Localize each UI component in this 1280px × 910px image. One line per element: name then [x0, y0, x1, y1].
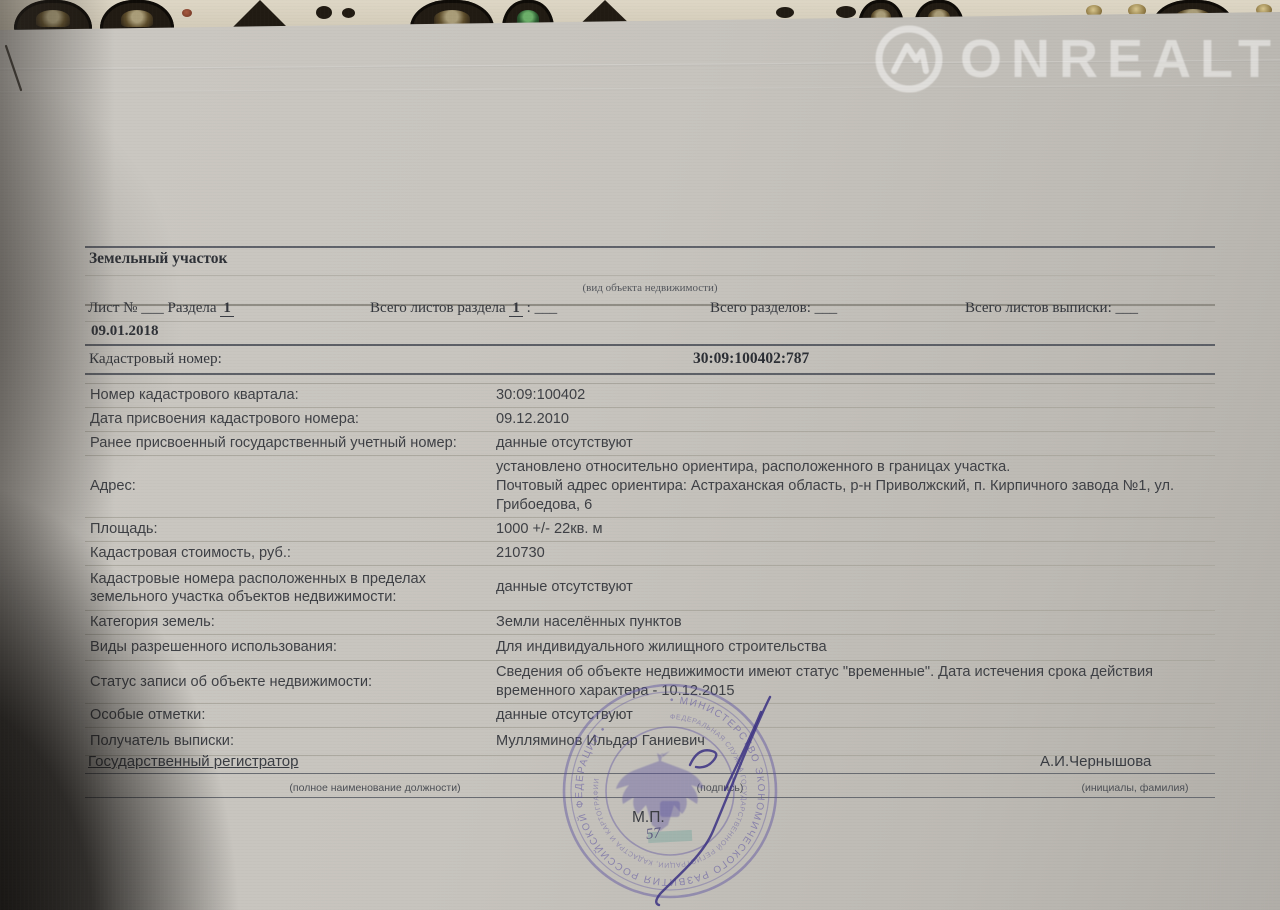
background-object — [182, 9, 192, 17]
date-row: 09.01.2018 — [85, 322, 1215, 346]
pen-mark — [0, 38, 40, 108]
row-value: 1000 +/- 22кв. м — [488, 518, 1215, 541]
table-row: Кадастровая стоимость, руб.: 210730 — [85, 542, 1215, 566]
row-value: данные отсутствуют — [488, 576, 1215, 599]
handwritten-number: 57 — [645, 825, 662, 844]
row-value: данные отсутствуют — [488, 432, 1215, 455]
row-label: Адрес: — [85, 475, 488, 497]
background-object — [342, 8, 355, 18]
object-kind-value: Земельный участок — [85, 248, 1215, 276]
official-round-stamp: • МИНИСТЕРСТВО ЭКОНОМИЧЕСКОГО РАЗВИТИЯ Р… — [552, 673, 788, 909]
row-label: Виды разрешенного использования: — [85, 636, 488, 658]
table-row: Адрес: установлено относительно ориентир… — [85, 456, 1215, 518]
row-value: Земли населённых пунктов — [488, 611, 1215, 634]
row-label: Ранее присвоенный государственный учетны… — [85, 432, 488, 454]
caption-initials: (инициалы, фамилия) — [985, 782, 1280, 794]
registrar-title: Государственный регистратор — [88, 753, 298, 770]
row-label: Особые отметки: — [85, 704, 488, 726]
photographed-document: ONREALT нование Федеральной служб Управл… — [0, 0, 1280, 910]
table-row: Площадь: 1000 +/- 22кв. м — [85, 518, 1215, 542]
table-row: Ранее присвоенный государственный учетны… — [85, 432, 1215, 456]
sheet-counters-row: Лист № ___ Раздела 1 Всего листов раздел… — [85, 300, 1215, 322]
background-object — [836, 6, 856, 18]
background-object — [100, 0, 174, 32]
table-row: Категория земель: Земли населённых пункт… — [85, 611, 1215, 635]
onrealt-brand-text: ONREALT — [960, 28, 1280, 90]
row-label: Получатель выписки: — [85, 730, 488, 752]
cadastral-number-label: Кадастровый номер: — [89, 350, 222, 368]
house-circle-icon — [874, 24, 944, 94]
table-row: Кадастровые номера расположенных в преде… — [85, 566, 1215, 611]
background-object — [14, 0, 92, 32]
table-row: Дата присвоения кадастрового номера: 09.… — [85, 408, 1215, 432]
registrar-name: А.И.Чернышова — [1040, 753, 1151, 770]
row-value: установлено относительно ориентира, расп… — [488, 456, 1215, 517]
cadastral-number-value: 30:09:100402:787 — [693, 350, 809, 368]
row-value: 210730 — [488, 542, 1215, 565]
cadastral-number-row: Кадастровый номер: 30:09:100402:787 — [85, 347, 1215, 375]
total-section-sheets: Всего листов раздела 1 : ___ — [370, 300, 557, 317]
sheet-number: Лист № ___ Раздела 1 — [88, 300, 234, 317]
row-label: Статус записи об объекте недвижимости: — [85, 671, 488, 693]
row-label: Площадь: — [85, 518, 488, 540]
caption-position: (полное наименование должности) — [205, 782, 545, 794]
extract-date: 09.01.2018 — [91, 323, 159, 339]
row-label: Дата присвоения кадастрового номера: — [85, 408, 488, 430]
table-row: Виды разрешенного использования: Для инд… — [85, 635, 1215, 661]
row-value: 30:09:100402 — [488, 384, 1215, 407]
total-sections: Всего разделов: ___ — [710, 300, 837, 317]
table-row: Номер кадастрового квартала: 30:09:10040… — [85, 384, 1215, 408]
row-value: Для индивидуального жилищного строительс… — [488, 636, 1215, 659]
total-extract-sheets: Всего листов выписки: ___ — [965, 300, 1138, 317]
row-label: Категория земель: — [85, 611, 488, 633]
row-label: Кадастровая стоимость, руб.: — [85, 542, 488, 564]
background-object — [316, 6, 332, 19]
row-value: 09.12.2010 — [488, 408, 1215, 431]
object-kind-box: Земельный участок (вид объекта недвижимо… — [85, 246, 1215, 306]
background-object — [776, 7, 794, 18]
onrealt-watermark: ONREALT — [874, 24, 1280, 94]
row-label: Кадастровые номера расположенных в преде… — [85, 568, 488, 608]
row-label: Номер кадастрового квартала: — [85, 384, 488, 406]
